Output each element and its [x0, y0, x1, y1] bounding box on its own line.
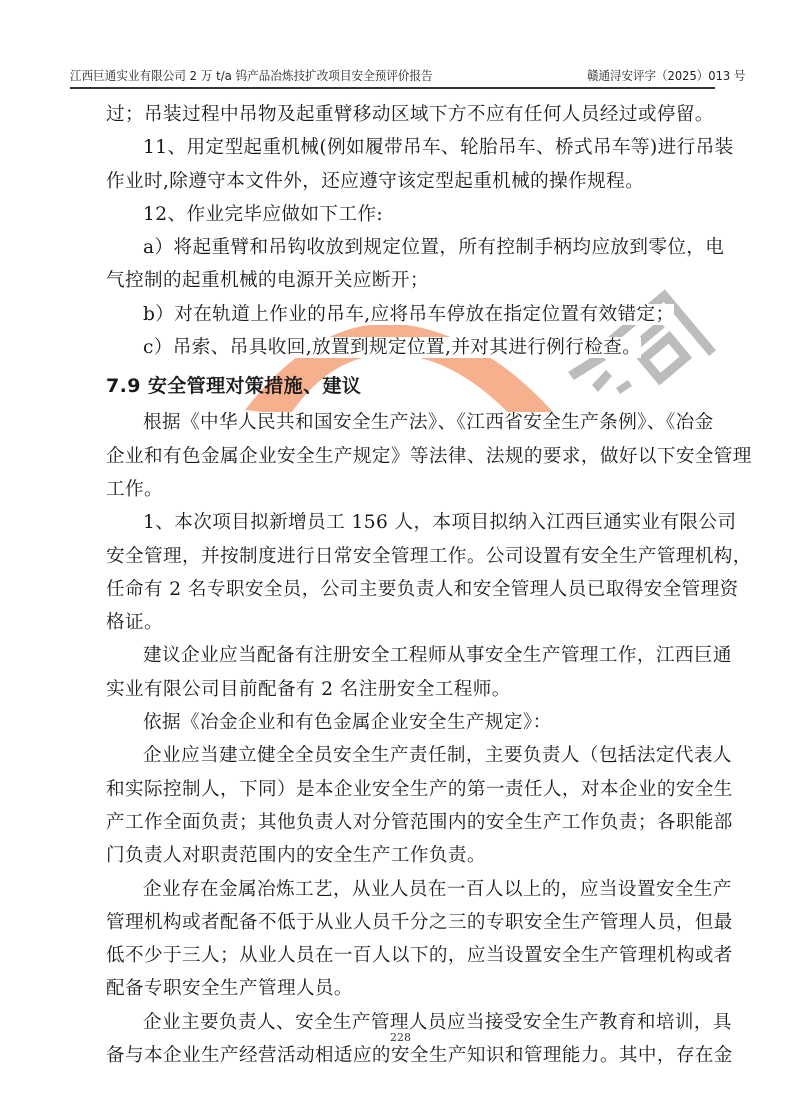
text-line: 过；吊装过程中吊物及起重臂移动区域下方不应有任何人员经过或停留。 [106, 98, 716, 131]
document-page: 江西巨通实业有限公司 2 万 t/a 钨产品冶炼技扩改项目安全预评价报告 赣通浔… [0, 0, 790, 1117]
text-line: 任命有 2 名专职安全员，公司主要负责人和安全管理人员已取得安全管理资 [106, 573, 716, 606]
text-line: 12、作业完毕应做如下工作: [106, 198, 716, 231]
text-line: a）将起重臂和吊钩收放到规定位置，所有控制手柄均应放到零位，电 [106, 231, 716, 264]
text-line: 企业应当建立健全全员安全生产责任制，主要负责人（包括法定代表人 [106, 739, 716, 772]
text-line: 管理机构或者配备不低于从业人员千分之三的专职安全生产管理人员，但最 [106, 906, 716, 939]
text-line: 根据《中华人民共和国安全生产法》、《江西省安全生产条例》、《冶金 [106, 406, 716, 439]
text-line: 1、本次项目拟新增员工 156 人，本项目拟纳入江西巨通实业有限公司 [106, 506, 716, 539]
text-line: 建议企业应当配备有注册安全工程师从事安全生产管理工作，江西巨通 [106, 639, 716, 672]
text-line: 作业时,除遵守本文件外，还应遵守该定型起重机械的操作规程。 [106, 165, 716, 198]
text-line: 安全管理，并按制度进行日常安全管理工作。公司设置有安全生产管理机构， [106, 540, 716, 573]
text-line: 企业主要负责人、安全生产管理人员应当接受安全生产教育和培训，具 [106, 1006, 716, 1039]
text-line: 和实际控制人，下同）是本企业安全生产的第一责任人，对本企业的安全生 [106, 773, 716, 806]
page-header: 江西巨通实业有限公司 2 万 t/a 钨产品冶炼技扩改项目安全预评价报告 赣通浔… [70, 60, 474, 86]
text-line: 企业和有色金属企业安全生产规定》等法律、法规的要求，做好以下安全管理 [106, 440, 716, 473]
document-body: 过；吊装过程中吊物及起重臂移动区域下方不应有任何人员经过或停留。 11、用定型起… [106, 98, 716, 1072]
header-document-number: 赣通浔安评字（2025）013 号 [587, 66, 745, 84]
text-line: 格证。 [106, 606, 716, 639]
text-line: 11、用定型起重机械(例如履带吊车、轮胎吊车、桥式吊车等)进行吊装 [106, 131, 716, 164]
page-number: 228 [390, 1031, 411, 1044]
text-line: 气控制的起重机械的电源开关应断开； [106, 264, 716, 297]
text-line: 门负责人对职责范围内的安全生产工作负责。 [106, 839, 716, 872]
text-line: c）吊索、吊具收回,放置到规定位置,并对其进行例行检查。 [106, 331, 716, 364]
text-line: 企业存在金属冶炼工艺，从业人员在一百人以上的，应当设置安全生产 [106, 873, 716, 906]
header-divider [70, 87, 715, 89]
text-line: b）对在轨道上作业的吊车,应将吊车停放在指定位置有效错定； [106, 298, 716, 331]
text-line: 低不少于三人；从业人员在一百人以下的，应当设置安全生产管理机构或者 [106, 939, 716, 972]
section-heading: 7.9 安全管理对策措施、建议 [106, 364, 716, 406]
header-report-title: 江西巨通实业有限公司 2 万 t/a 钨产品冶炼技扩改项目安全预评价报告 [70, 66, 433, 84]
text-line: 备与本企业生产经营活动相适应的安全生产知识和管理能力。其中，存在金 [106, 1039, 716, 1072]
text-line: 产工作全面负责；其他负责人对分管范围内的安全生产工作负责；各职能部 [106, 806, 716, 839]
text-line: 配备专职安全生产管理人员。 [106, 972, 716, 1005]
text-line: 工作。 [106, 473, 716, 506]
text-line: 实业有限公司目前配备有 2 名注册安全工程师。 [106, 673, 716, 706]
text-line: 依据《冶金企业和有色金属企业安全生产规定》： [106, 706, 716, 739]
